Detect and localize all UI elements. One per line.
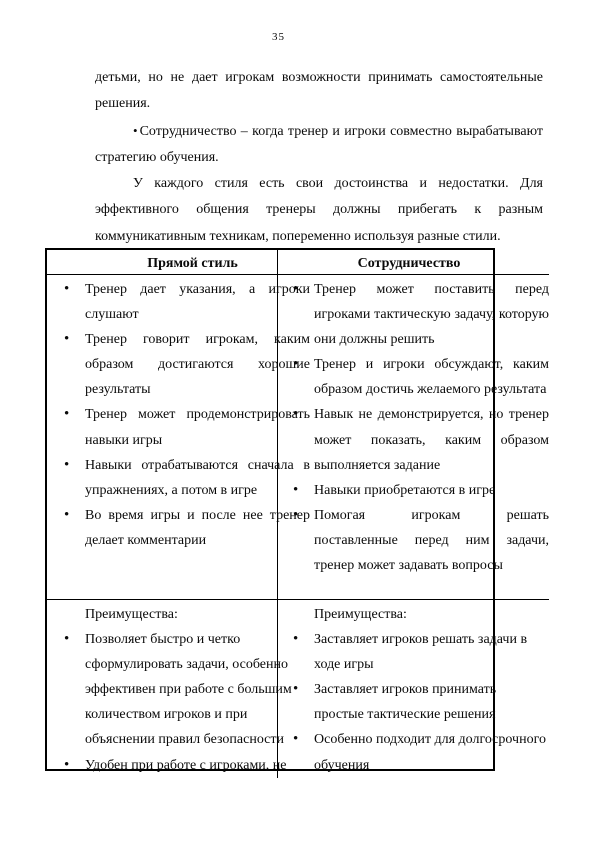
bullet-list: Тренер может поставить перед игроками та… bbox=[314, 277, 549, 578]
paragraph-styles-summary: У каждого стиля есть свои достоинства и … bbox=[95, 171, 543, 250]
body-text-block: детьми, но не дает игрокам возможности п… bbox=[95, 65, 543, 250]
list-item: Помогая игрокам решать поставленные пере… bbox=[314, 503, 549, 578]
table-cell-cooperation-characteristics: Тренер может поставить перед игроками та… bbox=[277, 274, 549, 599]
list-item: Заставляет игроков принимать простые так… bbox=[314, 677, 549, 727]
header-label-right: Сотрудничество bbox=[314, 251, 504, 276]
list-item: Тренер может поставить перед игроками та… bbox=[314, 277, 549, 352]
table-header-direct-style: Прямой стиль bbox=[47, 250, 277, 274]
paragraph-continuation: детьми, но не дает игрокам возможности п… bbox=[95, 65, 543, 118]
table-cell-direct-advantages: Преимущества: Позволяет быстро и четко с… bbox=[47, 599, 277, 778]
header-label-left: Прямой стиль bbox=[85, 251, 300, 276]
list-item: Навык не демонстрируется, но тренер може… bbox=[314, 402, 549, 477]
page-number: 35 bbox=[272, 31, 285, 43]
bullet-list: Заставляет игроков решать задачи в ходе … bbox=[314, 627, 549, 778]
table-cell-direct-characteristics: Тренер дает указания, а игроки слушают Т… bbox=[47, 274, 277, 599]
table-cell-cooperation-advantages: Преимущества: Заставляет игроков решать … bbox=[277, 599, 549, 778]
bullet-paragraph: •Сотрудничество – когда тренер и игроки … bbox=[95, 118, 543, 172]
table-header-cooperation: Сотрудничество bbox=[277, 250, 549, 274]
list-item: Заставляет игроков решать задачи в ходе … bbox=[314, 627, 549, 677]
cell-content: Тренер может поставить перед игроками та… bbox=[314, 275, 549, 578]
list-item: Тренер и игроки обсуждают, каким образом… bbox=[314, 352, 549, 402]
document-page: 35 детьми, но не дает игрокам возможност… bbox=[0, 0, 595, 841]
comparison-table: Прямой стиль Сотрудничество Тренер дает … bbox=[45, 248, 495, 771]
advantages-title: Преимущества: bbox=[314, 602, 549, 627]
bullet-paragraph-text: Сотрудничество – когда тренер и игроки с… bbox=[95, 124, 543, 165]
list-item: Особенно подходит для долгосрочного обуч… bbox=[314, 727, 549, 777]
list-item: Навыки приобретаются в игре bbox=[314, 478, 549, 503]
cell-content: Преимущества: Заставляет игроков решать … bbox=[314, 600, 549, 778]
